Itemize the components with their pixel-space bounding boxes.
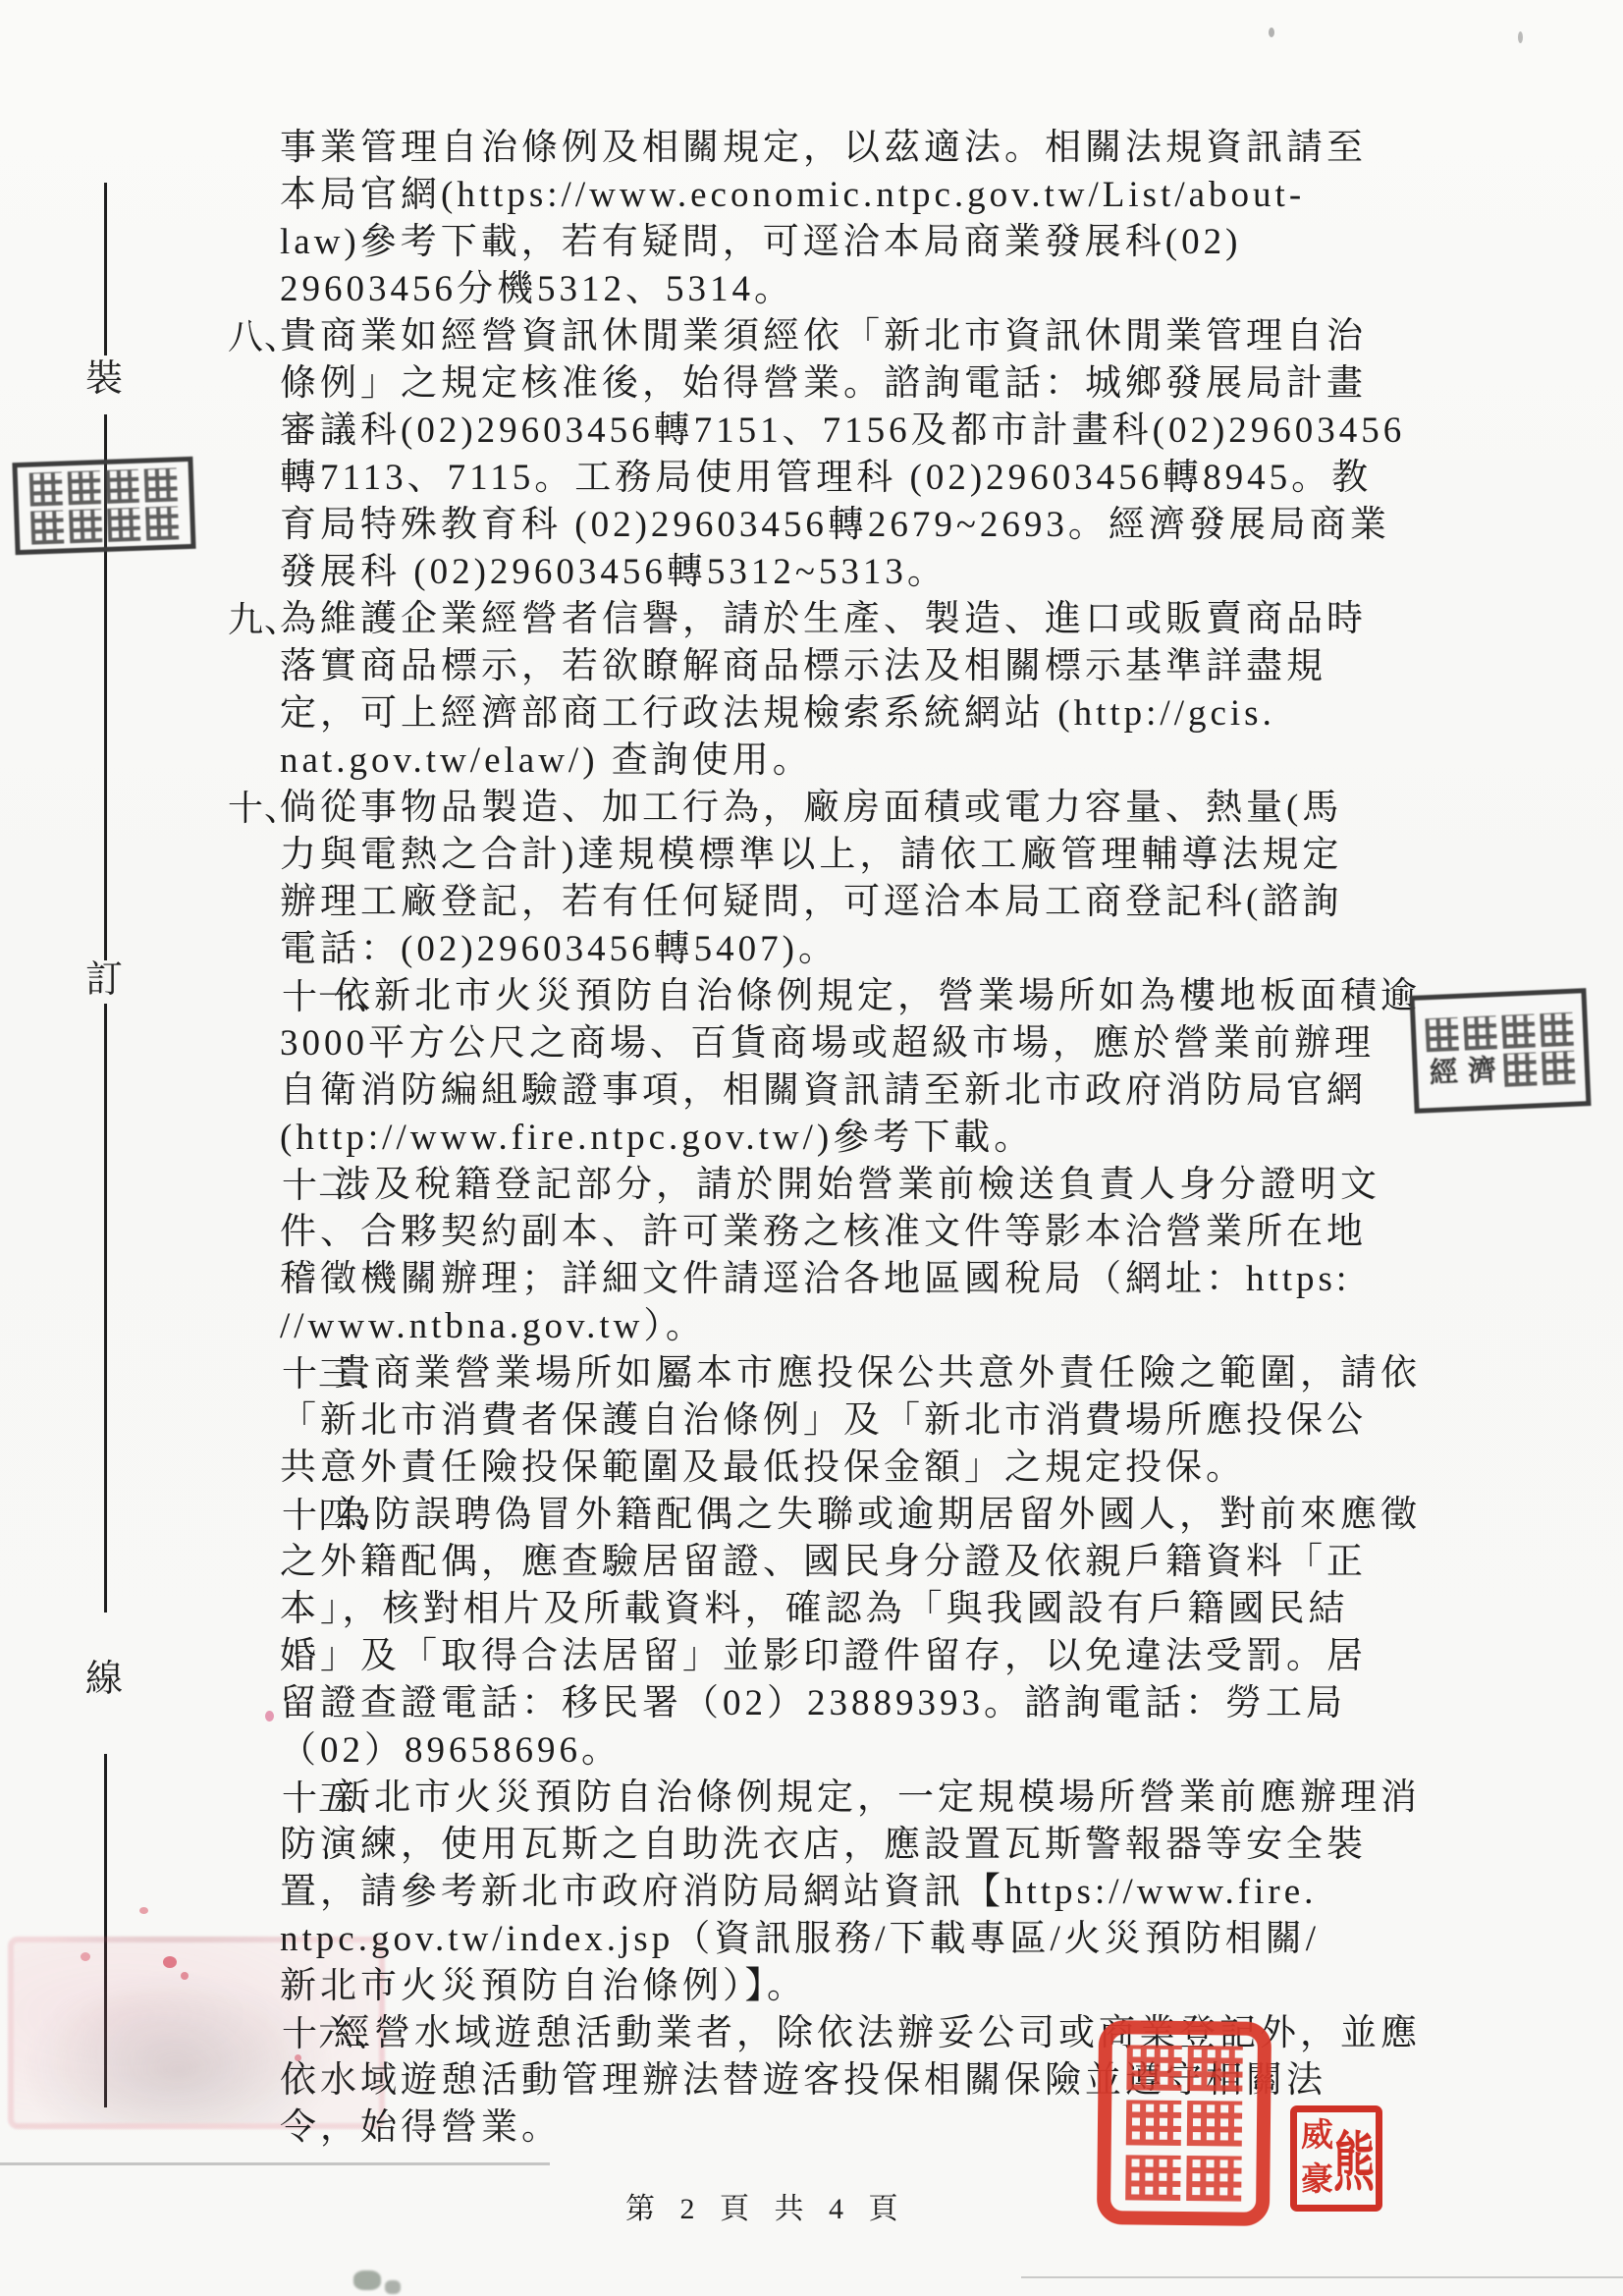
text-line: 防演練，使用瓦斯之自助洗衣店，應設置瓦斯警報器等安全裝 — [280, 1822, 1448, 1869]
seal-script-glyph — [29, 471, 63, 506]
text-line: 辦理工廠登記，若有任何疑問，可逕洽本局工商登記科(諮詢 — [280, 879, 1448, 926]
text-line: 共意外責任險投保範圍及最低投保金額」之規定投保。 — [280, 1445, 1448, 1492]
text-line: 自衛消防編組驗證事項，相關資訊請至新北市政府消防局官網 — [280, 1067, 1448, 1115]
text-line: 十、倘從事物品製造、加工行為，廠房面積或電力容量、熱量(馬 — [280, 785, 1448, 832]
bottom-smudge — [385, 2280, 401, 2294]
list-item: 十五、新北市火災預防自治條例規定，一定規模場所營業前應辦理消防演練，使用瓦斯之自… — [280, 1775, 1448, 2010]
item-number: 十六、 — [228, 2010, 391, 2057]
seal-script-glyph — [1126, 2045, 1181, 2091]
list-item: 十三、貴商業營業場所如屬本市應投保公共意外責任險之範圍，請依「新北市消費者保護自… — [280, 1350, 1448, 1492]
text-line: law)參考下載，若有疑問，可逕洽本局商業發展科(02) — [280, 219, 1448, 266]
binding-line-segment — [104, 183, 107, 355]
red-name-seal: 威豪 熊 — [1290, 2105, 1382, 2212]
seal-script-glyph — [107, 507, 140, 541]
list-item: 十一、依新北市火災預防自治條例規定，營業場所如為樓地板面積逾3000平方公尺之商… — [280, 973, 1448, 1162]
seal-script-row — [1118, 2100, 1250, 2146]
scan-edge-line — [1021, 2276, 1623, 2278]
text-line: 力與電熱之合計)達規模標準以上，請依工廠管理輔導法規定 — [280, 832, 1448, 879]
text-line: 件、合夥契約副本、許可業務之核准文件等影本洽營業所在地 — [280, 1209, 1448, 1256]
seal-script-glyph — [145, 506, 179, 540]
seal-script-glyph — [1501, 1013, 1535, 1048]
text-line: 本」，核對相片及所載資料，確認為「與我國設有戶籍國民結 — [280, 1586, 1448, 1633]
list-item: 八、貴商業如經營資訊休閒業須經依「新北市資訊休閒業管理自治條例」之規定核准後，始… — [280, 313, 1448, 596]
name-seal-left-column: 威豪 — [1301, 2114, 1333, 2203]
seal-script-row: 經濟 — [1422, 1050, 1580, 1090]
text-line: 電話：(02)29603456轉5407)。 — [280, 926, 1448, 973]
text-line: 新北市火災預防自治條例）】。 — [280, 1963, 1448, 2010]
binding-mark-xian: 線 — [77, 1658, 132, 1701]
ink-speckle — [139, 1907, 148, 1914]
text-line: 育局特殊教育科 (02)29603456轉2679~2693。經濟發展局商業 — [280, 502, 1448, 549]
name-seal-character: 豪 — [1301, 2164, 1333, 2197]
seal-script-glyph — [1542, 1050, 1575, 1084]
seal-script-glyph — [68, 470, 101, 505]
seal-script-glyph — [1463, 1015, 1496, 1050]
item-number: 十三、 — [228, 1350, 391, 1397]
text-line: 定，可上經濟部商工行政法規檢索系統網站 (http://gcis. — [280, 690, 1448, 738]
seal-script-glyph — [106, 468, 139, 503]
ink-speckle — [265, 1711, 274, 1722]
binding-mark-ding: 訂 — [77, 958, 132, 1002]
binding-mark-zhuang: 裝 — [77, 357, 132, 401]
agency-bridging-seal-left — [12, 457, 195, 555]
text-line: 十四、為防誤聘偽冒外籍配偶之失聯或逾期居留外國人，對前來應徵 — [280, 1492, 1448, 1539]
scan-speck — [1518, 31, 1523, 43]
seal-script-row — [1420, 1011, 1578, 1052]
text-line: 29603456分機5312、5314。 — [280, 266, 1448, 313]
text-line: 十二、涉及稅籍登記部分，請於開始營業前檢送負責人身分證明文 — [280, 1162, 1448, 1209]
text-line: 條例」之規定核准後，始得營業。諮詢電話：城鄉發展局計畫 — [280, 360, 1448, 408]
text-line: ntpc.gov.tw/index.jsp（資訊服務/下載專區/火災預防相關/ — [280, 1916, 1448, 1963]
seal-script-row — [1117, 2156, 1249, 2202]
text-line: 「新北市消費者保護自治條例」及「新北市消費場所應投保公 — [280, 1397, 1448, 1445]
item-number: 十二、 — [228, 1162, 391, 1209]
list-item: 九、為維護企業經營者信譽，請於生產、製造、進口或販賣商品時落實商品標示，若欲瞭解… — [280, 596, 1448, 785]
seal-script-glyph — [1540, 1011, 1573, 1046]
text-line: 落實商品標示，若欲瞭解商品標示法及相關標示基準詳盡規 — [280, 643, 1448, 690]
text-line: 婚」及「取得合法居留」並影印證件留存，以免違法受罰。居 — [280, 1633, 1448, 1680]
seal-script-glyph — [1425, 1016, 1458, 1051]
text-line: 審議科(02)29603456轉7151、7156及都市計畫科(02)29603… — [280, 408, 1448, 455]
text-line: 之外籍配偶，應查驗居留證、國民身分證及依親戶籍資料「正 — [280, 1539, 1448, 1586]
bottom-smudge — [353, 2270, 381, 2290]
seal-script-glyph — [69, 509, 102, 543]
ink-speckle — [81, 1952, 90, 1961]
text-line: 稽徵機關辦理；詳細文件請逕洽各地區國稅局（網址：https: — [280, 1256, 1448, 1303]
scan-edge-line — [0, 2162, 550, 2165]
seal-script-row — [24, 506, 186, 545]
name-seal-character: 威 — [1301, 2120, 1333, 2153]
red-company-seal — [1097, 2020, 1271, 2226]
binding-line-segment — [104, 1004, 107, 1613]
scan-speck — [1269, 27, 1274, 37]
item-number: 十一、 — [228, 973, 391, 1020]
seal-script-glyph — [1187, 2101, 1242, 2147]
text-line: 十六、經營水域遊憩活動業者，除依法辦妥公司或商業登記外，並應 — [280, 2010, 1448, 2057]
text-line: 八、貴商業如經營資訊休閒業須經依「新北市資訊休閒業管理自治 — [280, 313, 1448, 360]
item-number: 十五、 — [228, 1775, 391, 1822]
seal-script-glyph — [30, 510, 64, 544]
text-line: (http://www.fire.ntpc.gov.tw/)參考下載。 — [280, 1115, 1448, 1162]
text-line: （02）89658696。 — [280, 1727, 1448, 1775]
list-item: 十六、經營水域遊憩活動業者，除依法辦妥公司或商業登記外，並應依水域遊憩活動管理辦… — [280, 2010, 1448, 2152]
seal-script-row — [1118, 2045, 1250, 2091]
seal-script-glyph — [1125, 2156, 1180, 2202]
document-body: 事業管理自治條例及相關規定，以茲適法。相關法規資訊請至本局官網(https://… — [280, 125, 1448, 2152]
text-line: 轉7113、7115。工務局使用管理科 (02)29603456轉8945。教 — [280, 455, 1448, 502]
name-seal-right-column: 熊 — [1333, 2090, 1375, 2227]
text-line: 3000平方公尺之商場、百貨商場或超級市場，應於營業前辦理 — [280, 1020, 1448, 1067]
list-item: 十、倘從事物品製造、加工行為，廠房面積或電力容量、熱量(馬力與電熱之合計)達規模… — [280, 785, 1448, 973]
agency-bridging-seal-right: 經濟 — [1409, 988, 1591, 1114]
seal-script-character: 濟 — [1465, 1054, 1498, 1088]
ink-speckle — [163, 1956, 177, 1968]
text-line: 十一、依新北市火災預防自治條例規定，營業場所如為樓地板面積逾 — [280, 973, 1448, 1020]
item-number: 八、 — [228, 313, 300, 360]
ink-speckle — [181, 1972, 189, 1980]
text-line: 留證查證電話：移民署（02）23889393。諮詢電話：勞工局 — [280, 1680, 1448, 1727]
seal-script-glyph — [144, 467, 178, 502]
seal-script-character: 經 — [1427, 1055, 1460, 1089]
text-line: 發展科 (02)29603456轉5312~5313。 — [280, 549, 1448, 596]
text-line: 十五、新北市火災預防自治條例規定，一定規模場所營業前應辦理消 — [280, 1775, 1448, 1822]
text-line: nat.gov.tw/elaw/) 查詢使用。 — [280, 738, 1448, 785]
item-number: 九、 — [228, 596, 300, 643]
text-line: 置，請參考新北市政府消防局網站資訊【https://www.fire. — [280, 1869, 1448, 1916]
text-line: 九、為維護企業經營者信譽，請於生產、製造、進口或販賣商品時 — [280, 596, 1448, 643]
text-line: 事業管理自治條例及相關規定，以茲適法。相關法規資訊請至 — [280, 125, 1448, 172]
list-item: 十四、為防誤聘偽冒外籍配偶之失聯或逾期居留外國人，對前來應徵之外籍配偶，應查驗居… — [280, 1492, 1448, 1775]
seal-script-row — [23, 467, 185, 507]
text-line: 依水域遊憩活動管理辦法替遊客投保相關保險並遵守相關法 — [280, 2057, 1448, 2105]
text-line: 十三、貴商業營業場所如屬本市應投保公共意外責任險之範圍，請依 — [280, 1350, 1448, 1397]
text-line: 本局官網(https://www.economic.ntpc.gov.tw/Li… — [280, 172, 1448, 219]
page-number: 第 2 頁 共 4 頁 — [625, 2184, 907, 2227]
seal-script-glyph — [1187, 2046, 1242, 2092]
item-number: 十、 — [228, 785, 300, 832]
seal-script-glyph — [1503, 1052, 1537, 1086]
item-number: 十四、 — [228, 1492, 391, 1539]
seal-script-glyph — [1186, 2156, 1241, 2202]
text-line: 令，始得營業。 — [280, 2105, 1448, 2152]
text-line: //www.ntbna.gov.tw）。 — [280, 1303, 1448, 1350]
scanned-document-page: 裝 訂 線 經濟 事業管理自治條例及相關規定，以茲適法。相關法規資訊請至本局官網… — [0, 0, 1623, 2296]
list-item: 十二、涉及稅籍登記部分，請於開始營業前檢送負責人身分證明文件、合夥契約副本、許可… — [280, 1162, 1448, 1350]
seal-script-glyph — [1126, 2100, 1181, 2146]
